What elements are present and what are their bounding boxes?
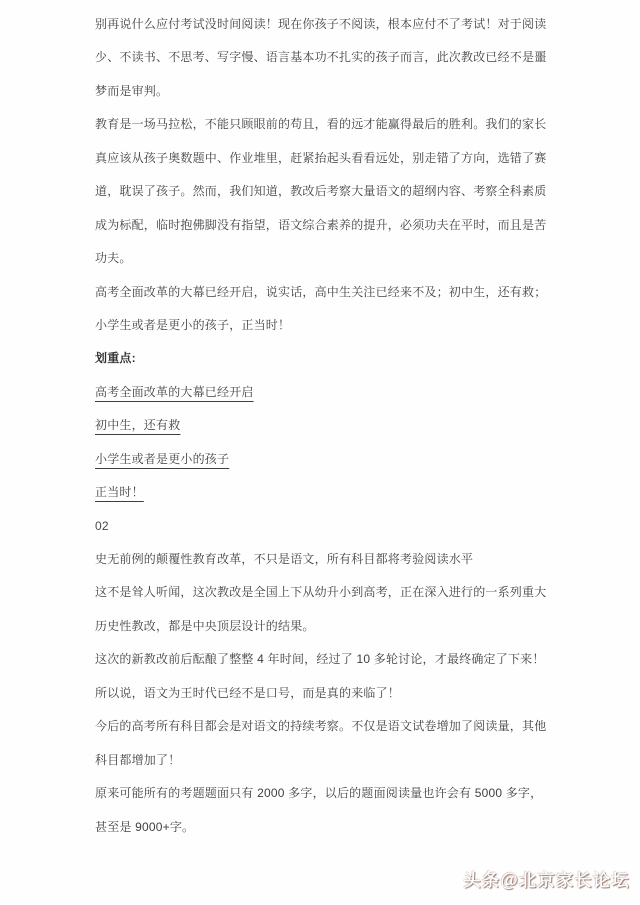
- paragraph-line: 这次的新教改前后酝酿了整整 4 年时间，经过了 10 多轮讨论，才最终确定了下来…: [95, 643, 565, 676]
- paragraph-line: 梦而是审判。: [95, 75, 565, 108]
- paragraph-line: 这不是耸人听闻，这次教改是全国上下从幼升小到高考，正在深入进行的一系列重大: [95, 576, 565, 609]
- paragraph-line: 今后的高考所有科目都会是对语文的持续考察。不仅是语文试卷增加了阅读量，其他: [95, 710, 565, 743]
- paragraph-line: 成为标配，临时抱佛脚没有指望，语文综合素养的提升，必须功夫在平时，而且是苦: [95, 209, 565, 242]
- paragraph-line: 高考全面改革的大幕已经开启，说实话，高中生关注已经来不及；初中生，还有救；: [95, 276, 565, 309]
- paragraph-line: 历史性教改，都是中央顶层设计的结果。: [95, 610, 565, 643]
- highlight-line: 初中生，还有救: [95, 409, 565, 442]
- paragraph-line: 史无前例的颠覆性教育改革，不只是语文，所有科目都将考验阅读水平: [95, 543, 565, 576]
- paragraph-line: 少、不读书、不思考、写字慢、语言基本功不扎实的孩子而言，此次教改已经不是噩: [95, 41, 565, 74]
- paragraph-line: 教育是一场马拉松，不能只顾眼前的苟且，看的远才能赢得最后的胜利。我们的家长: [95, 108, 565, 141]
- paragraph-line: 道，耽误了孩子。然而，我们知道，教改后考察大量语文的超纲内容、考察全科素质: [95, 175, 565, 208]
- paragraph-line: 真应该从孩子奥数题中、作业堆里，赶紧抬起头看看远处，别走错了方向，选错了赛: [95, 142, 565, 175]
- paragraph-line: 别再说什么应付考试没时间阅读！现在你孩子不阅读，根本应付不了考试！对于阅读: [95, 8, 565, 41]
- highlight-line: 正当时！: [95, 476, 565, 509]
- paragraph-line: 所以说，语文为王时代已经不是口号，而是真的来临了！: [95, 677, 565, 710]
- paragraph-line: 甚至是 9000+字。: [95, 811, 565, 844]
- paragraph-line: 功夫。: [95, 242, 565, 275]
- paragraph-line: 小学生或者是更小的孩子，正当时！: [95, 309, 565, 342]
- paragraph-line: 科目都增加了！: [95, 744, 565, 777]
- highlight-line: 高考全面改革的大幕已经开启: [95, 376, 565, 409]
- toutiao-watermark: 头条＠北京家长论坛: [464, 866, 631, 891]
- section-heading-key-points: 划重点:: [95, 342, 565, 375]
- section-number: 02: [95, 510, 565, 543]
- article-page: 别再说什么应付考试没时间阅读！现在你孩子不阅读，根本应付不了考试！对于阅读 少、…: [0, 0, 640, 905]
- article-body: 别再说什么应付考试没时间阅读！现在你孩子不阅读，根本应付不了考试！对于阅读 少、…: [95, 8, 565, 844]
- paragraph-line: 原来可能所有的考题题面只有 2000 多字，以后的题面阅读量也许会有 5000 …: [95, 777, 565, 810]
- highlight-line: 小学生或者是更小的孩子: [95, 443, 565, 476]
